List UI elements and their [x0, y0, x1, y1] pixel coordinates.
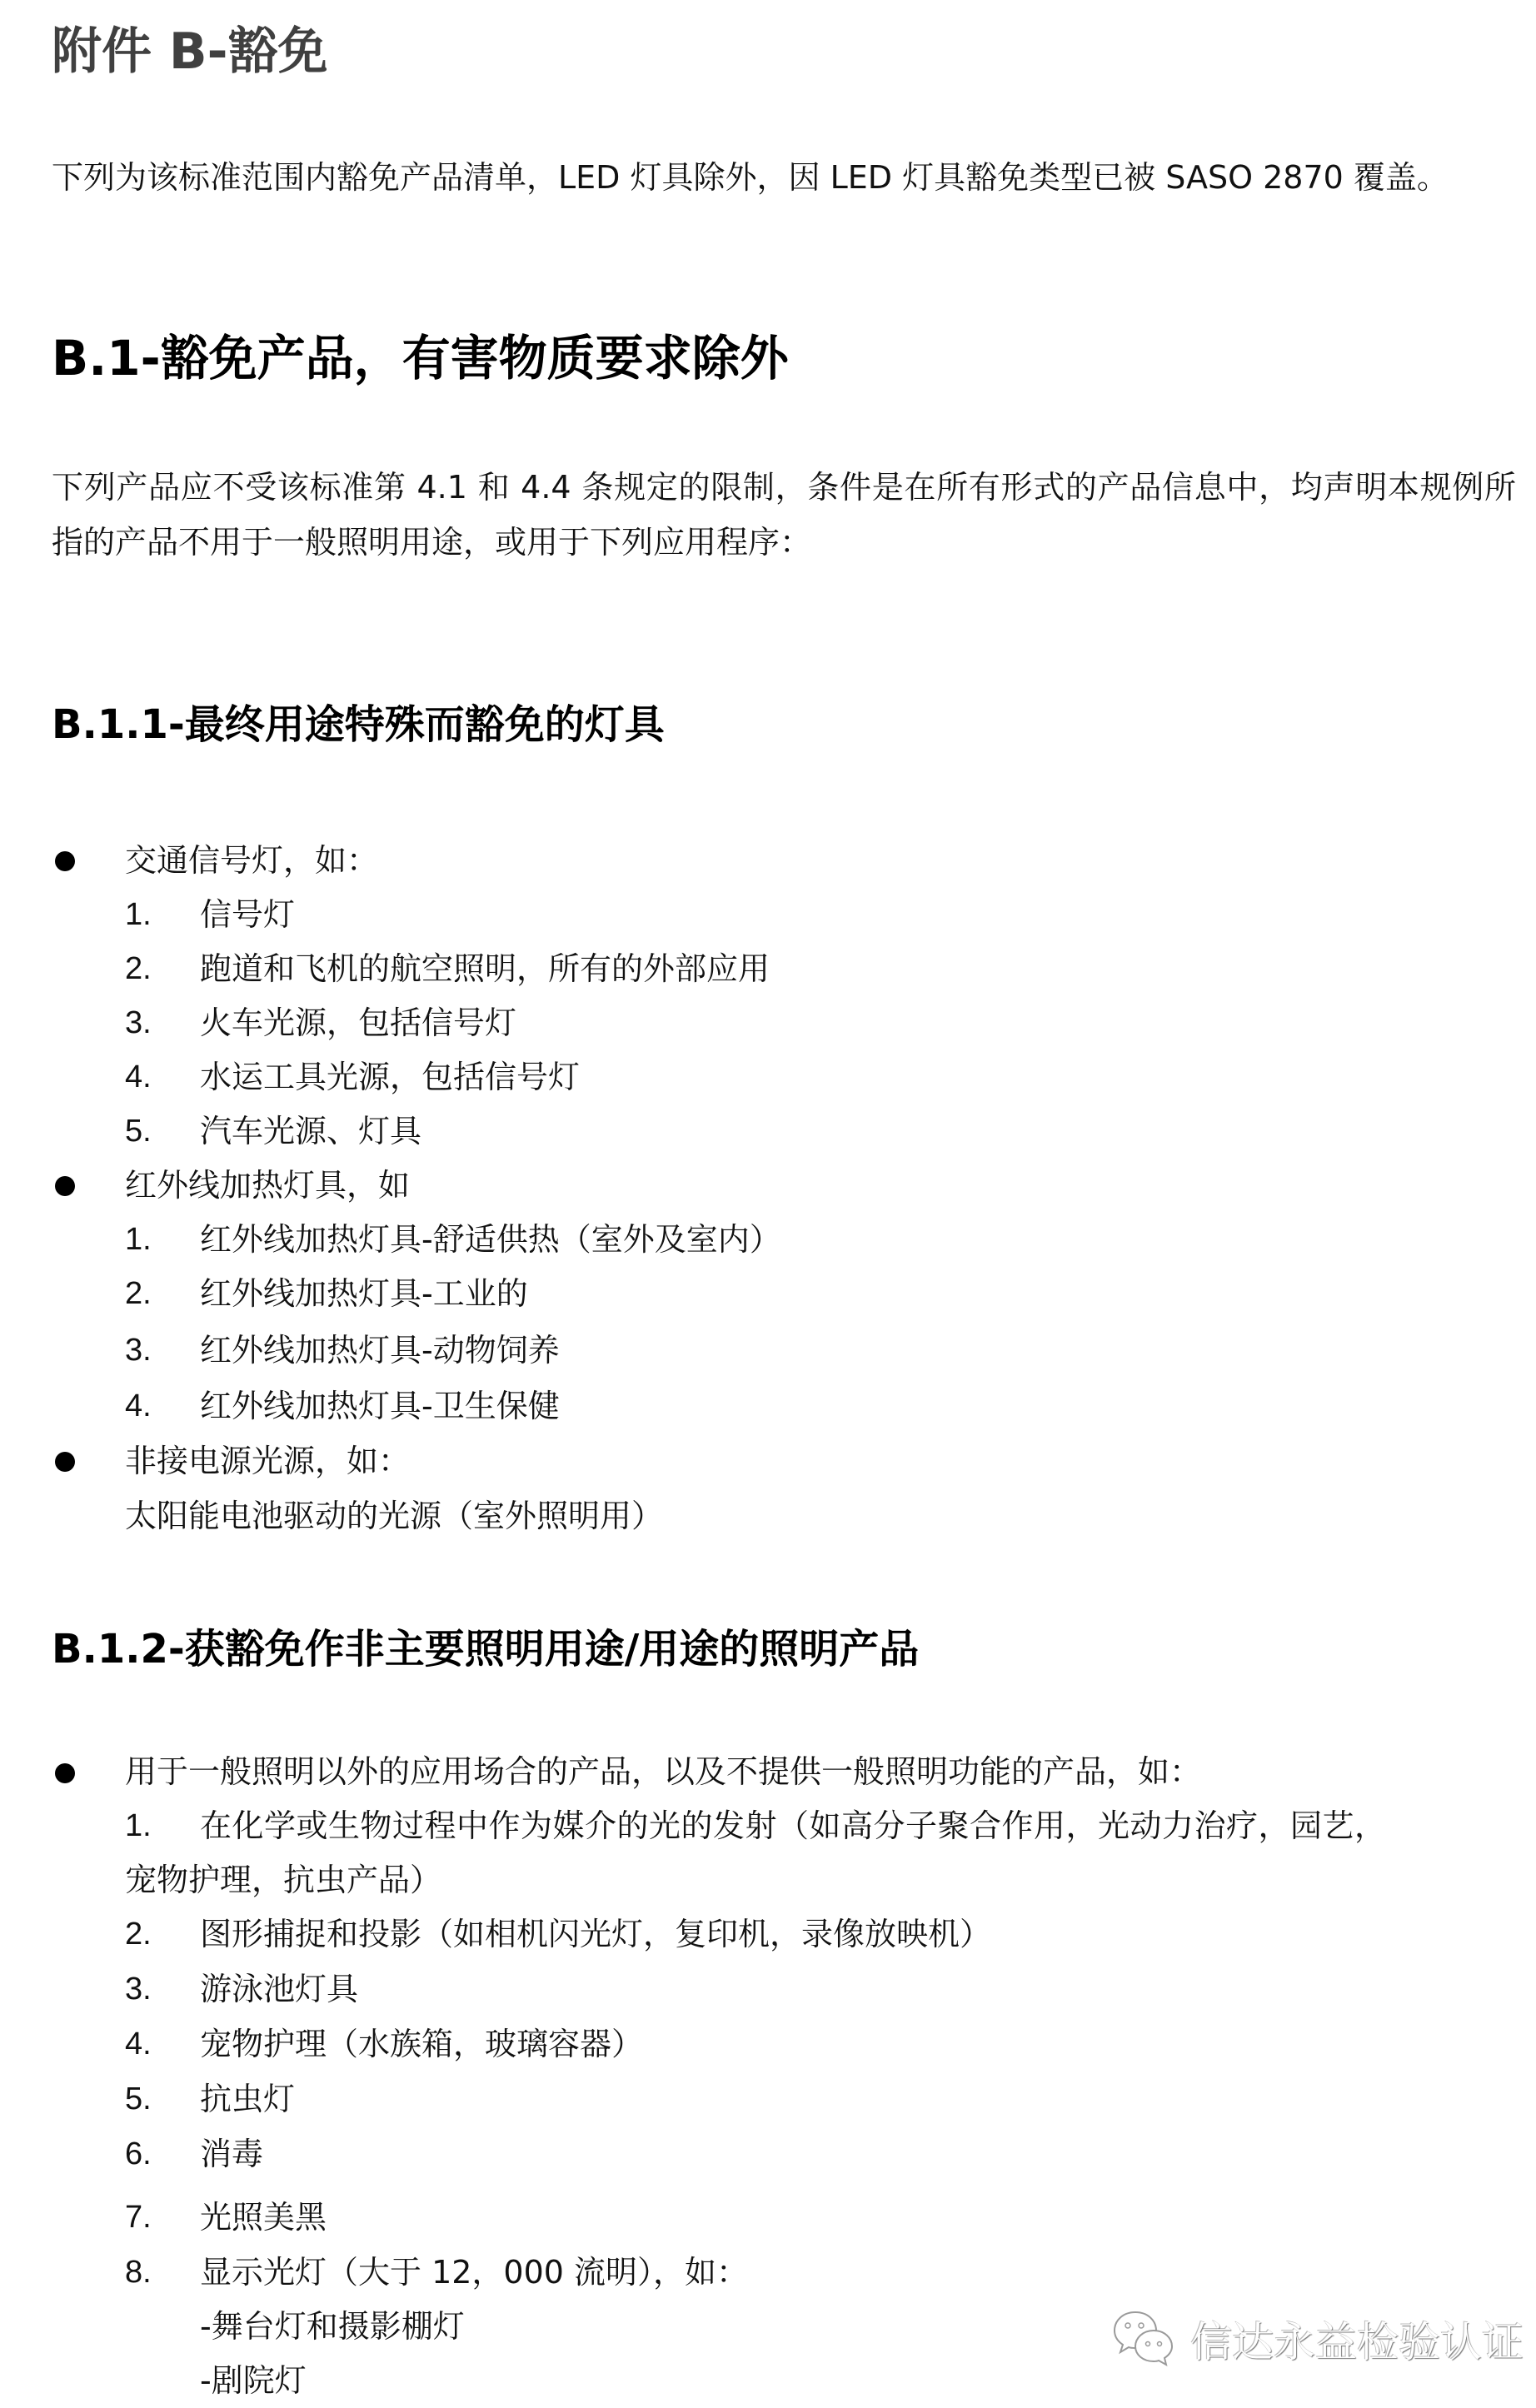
list-item: 红外线加热灯具-动物饲养 — [200, 1329, 560, 1371]
section-b12-heading: B.1.2-获豁免作非主要照明用途/用途的照明产品 — [52, 1624, 919, 1674]
list-item: 交通信号灯，如： — [125, 840, 378, 881]
bullet-icon — [55, 1763, 75, 1783]
list-subitem: -舞台灯和摄影棚灯 — [200, 2306, 465, 2347]
list-item: 在化学或生物过程中作为媒介的光的发射（如高分子聚合作用，光动力治疗，园艺， — [200, 1805, 1516, 1847]
list-number: 3. — [125, 1002, 152, 1044]
list-number: 1. — [125, 1805, 152, 1847]
list-number: 3. — [125, 1968, 152, 2010]
list-item: 红外线加热灯具，如 — [125, 1164, 410, 1206]
list-item-continuation: 宠物护理，抗虫产品） — [125, 1859, 441, 1901]
list-item-continuation: 太阳能电池驱动的光源（室外照明用） — [125, 1495, 663, 1537]
list-item: 光照美黑 — [200, 2196, 327, 2238]
list-number: 2. — [125, 1913, 152, 1955]
list-item: 红外线加热灯具-舒适供热（室外及室内） — [200, 1219, 781, 1260]
list-item: 消毒 — [200, 2133, 263, 2175]
list-number: 3. — [125, 1329, 152, 1371]
list-item: 红外线加热灯具-卫生保健 — [200, 1385, 560, 1427]
list-item: 汽车光源、灯具 — [200, 1110, 421, 1152]
section-b1-heading: B.1-豁免产品，有害物质要求除外 — [52, 329, 789, 387]
list-number: 4. — [125, 1385, 152, 1427]
watermark-text: 信达永益检验认证 — [1190, 2309, 1524, 2369]
list-item: 用于一般照明以外的应用场合的产品，以及不提供一般照明功能的产品，如： — [125, 1751, 1201, 1792]
list-number: 6. — [125, 2133, 152, 2175]
list-item: 红外线加热灯具-工业的 — [200, 1273, 528, 1314]
list-item: 图形捕捉和投影（如相机闪光灯，复印机，录像放映机） — [200, 1913, 991, 1955]
wechat-icon — [1112, 2309, 1179, 2369]
watermark: 信达永益检验认证 — [1112, 2306, 1524, 2372]
bullet-icon — [55, 1176, 75, 1196]
list-number: 1. — [125, 894, 152, 935]
page-title: 附件 B-豁免 — [52, 18, 328, 85]
list-item: 游泳池灯具 — [200, 1968, 358, 2010]
intro-paragraph: 下列为该标准范围内豁免产品清单，LED 灯具除外，因 LED 灯具豁免类型已被 … — [52, 150, 1516, 205]
list-number: 2. — [125, 948, 152, 990]
section-b11-heading: B.1.1-最终用途特殊而豁免的灯具 — [52, 700, 665, 750]
list-number: 5. — [125, 1110, 152, 1152]
list-item: 抗虫灯 — [200, 2078, 295, 2120]
list-item: 非接电源光源，如： — [125, 1440, 410, 1482]
bullet-icon — [55, 1452, 75, 1472]
list-number: 1. — [125, 1219, 152, 1260]
list-item: 信号灯 — [200, 894, 295, 935]
list-item: 跑道和飞机的航空照明，所有的外部应用 — [200, 948, 770, 990]
list-number: 7. — [125, 2196, 152, 2238]
list-subitem: -剧院灯 — [200, 2360, 307, 2401]
list-item: 水运工具光源，包括信号灯 — [200, 1056, 580, 1098]
list-item: 火车光源，包括信号灯 — [200, 1002, 516, 1044]
section-b1-paragraph: 下列产品应不受该标准第 4.1 和 4.4 条规定的限制，条件是在所有形式的产品… — [52, 460, 1516, 570]
list-item: 宠物护理（水族箱，玻璃容器） — [200, 2023, 643, 2065]
list-number: 4. — [125, 1056, 152, 1098]
bullet-icon — [55, 851, 75, 871]
list-item: 显示光灯（大于 12，000 流明），如： — [200, 2251, 748, 2293]
list-number: 5. — [125, 2078, 152, 2120]
list-number: 4. — [125, 2023, 152, 2065]
list-number: 8. — [125, 2251, 152, 2293]
list-number: 2. — [125, 1273, 152, 1314]
